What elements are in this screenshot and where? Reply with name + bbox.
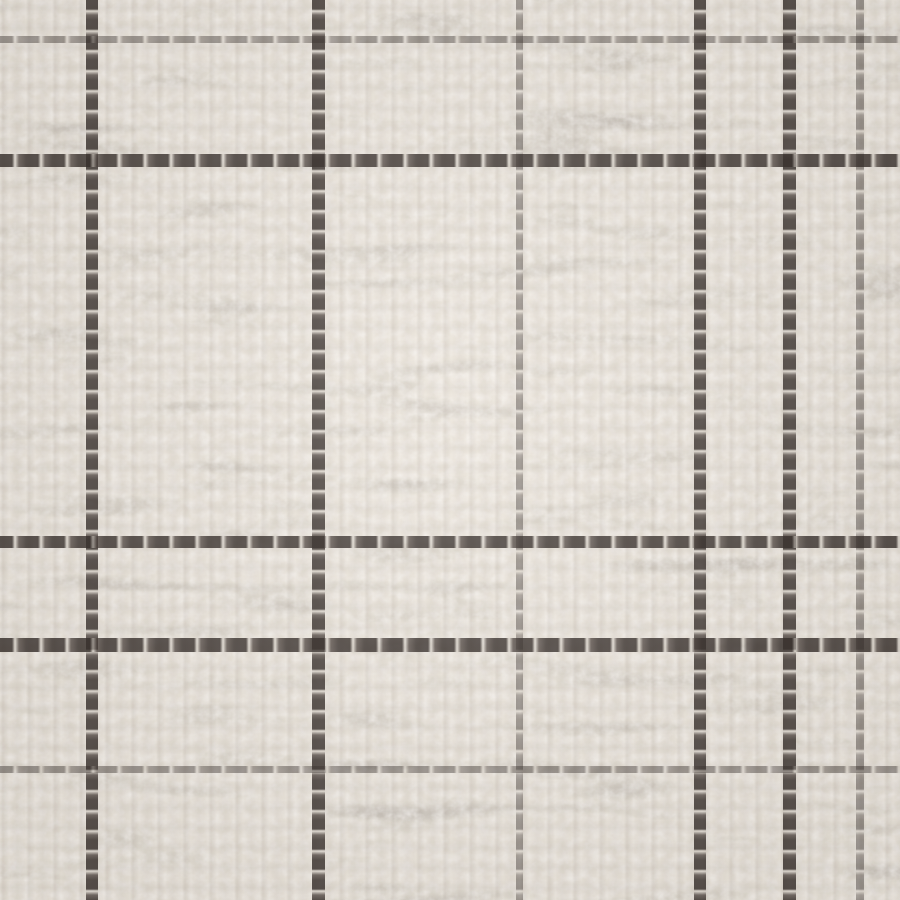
lighting-vignette [0,0,900,900]
rug-texture-photo [0,0,900,900]
